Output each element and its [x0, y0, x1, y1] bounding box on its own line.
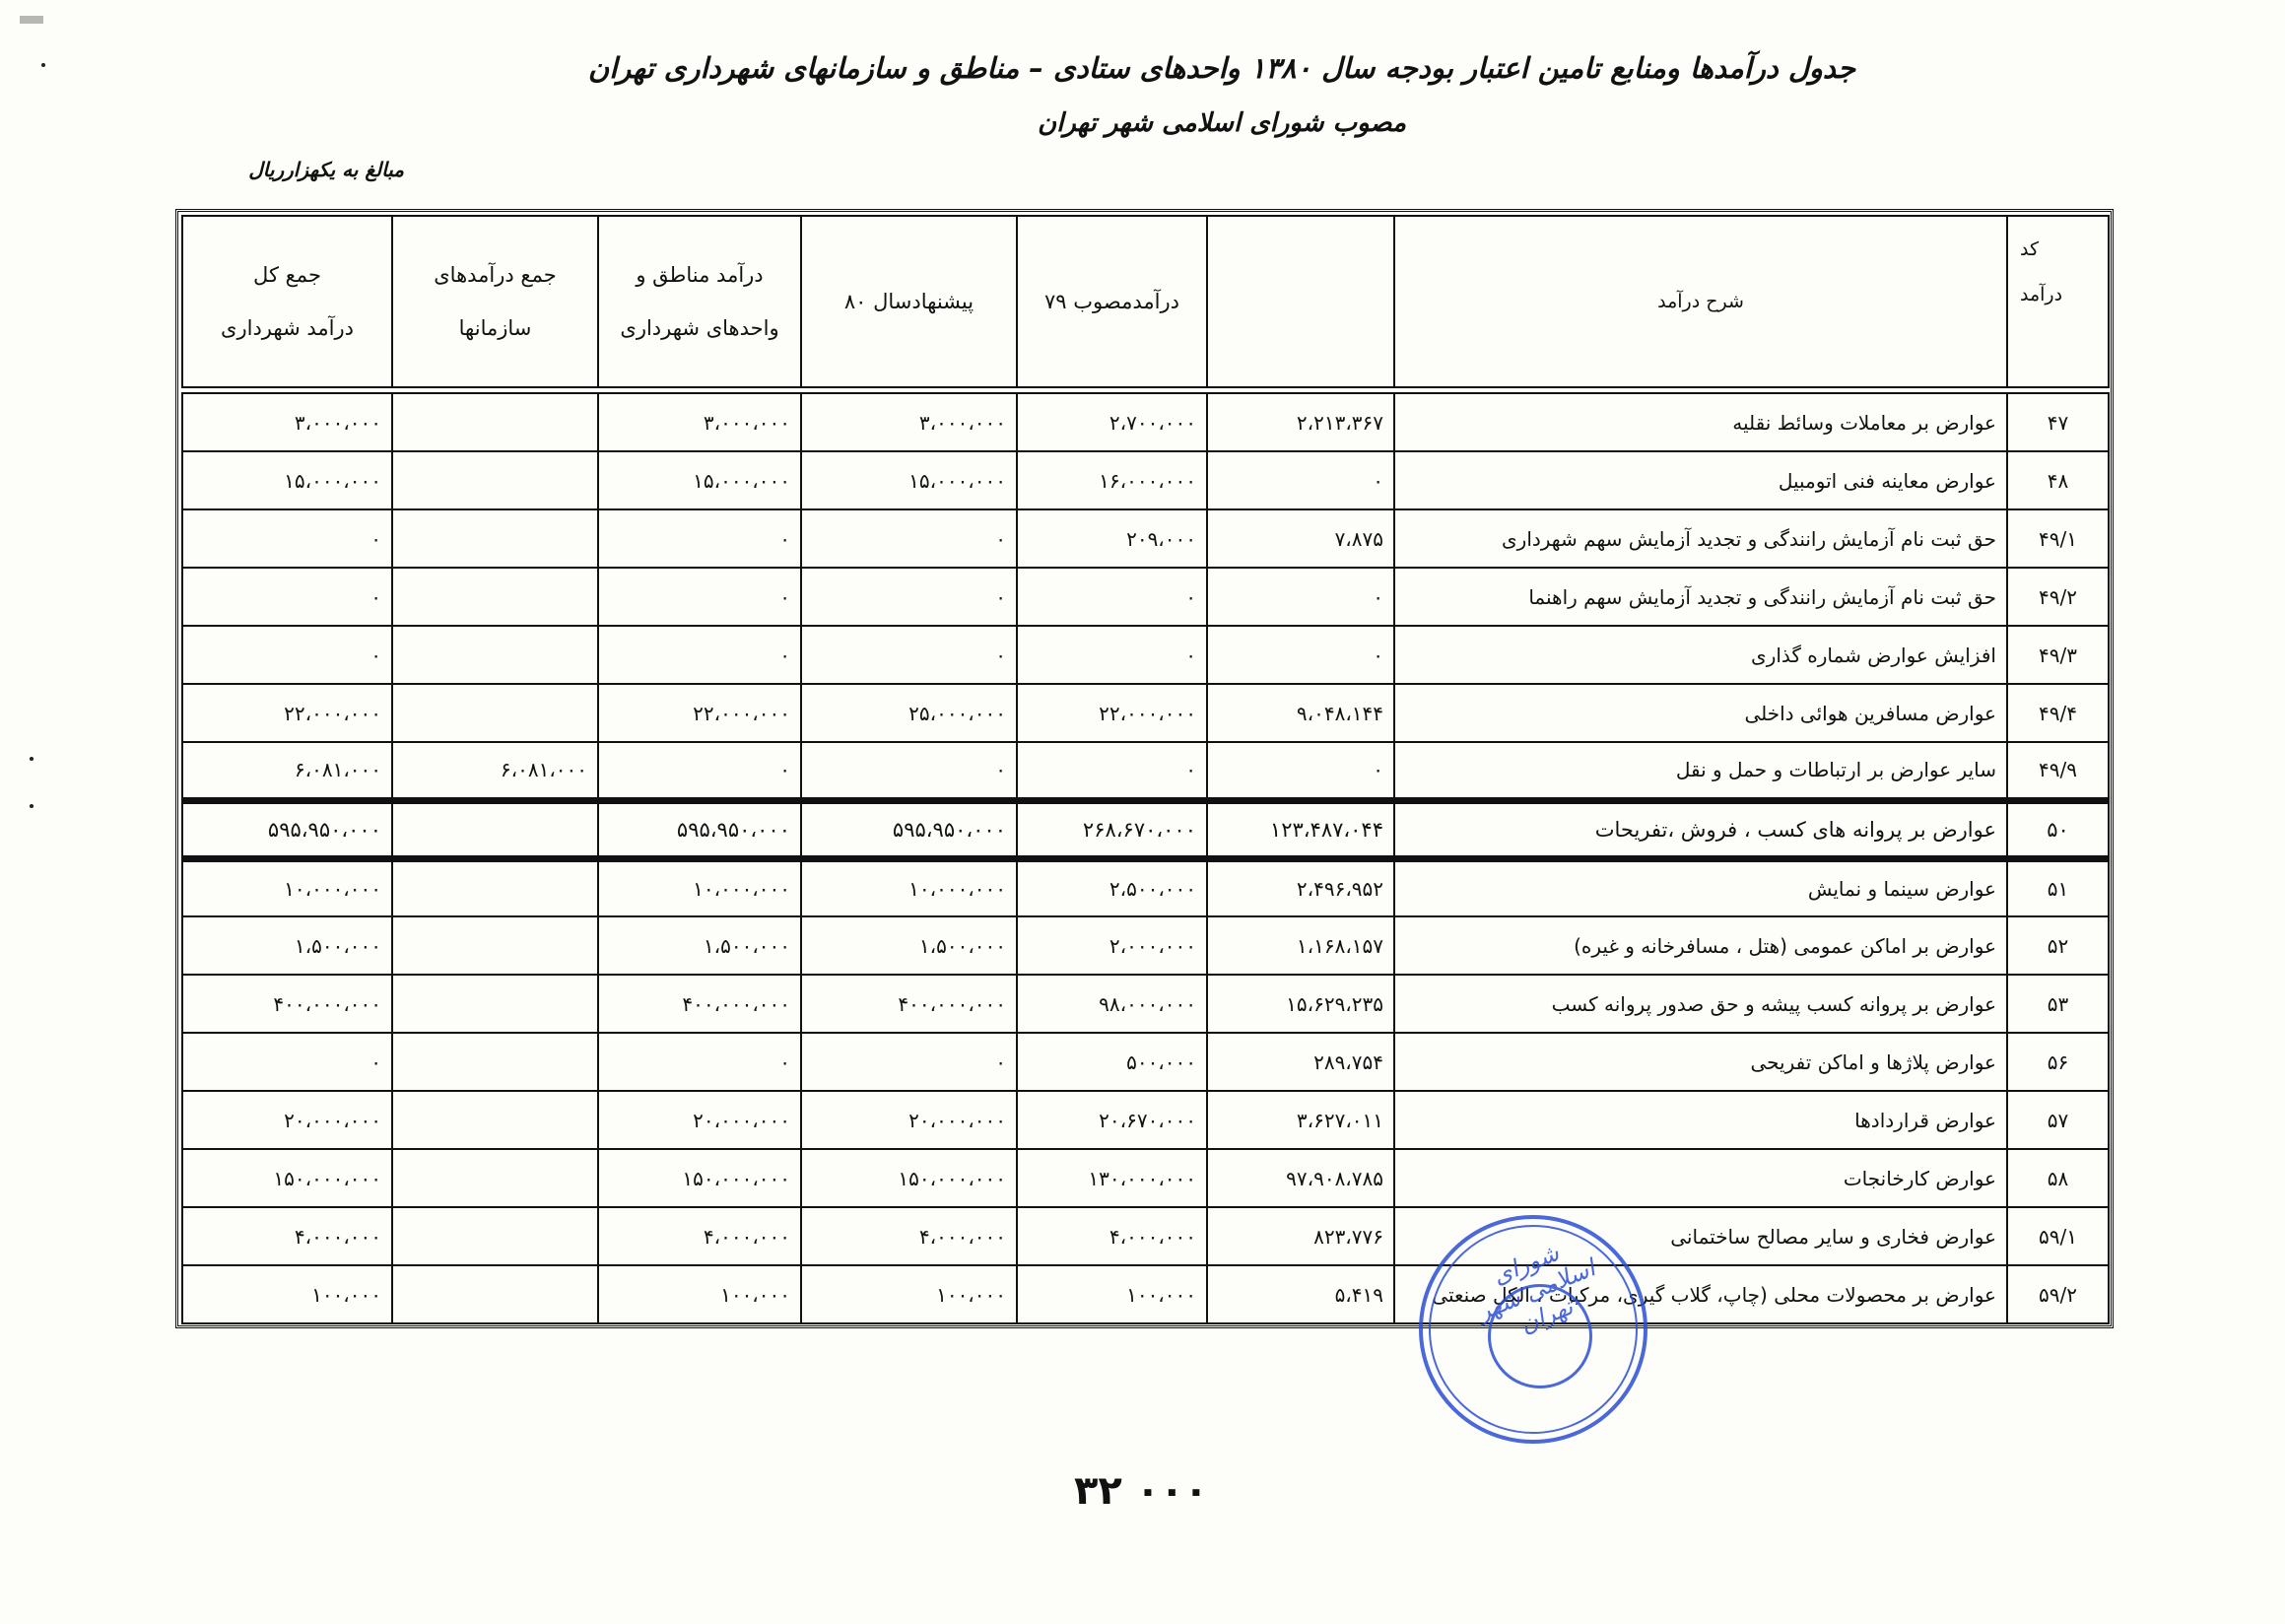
row-organizations	[392, 1033, 598, 1091]
row-actual-78: ۹۷،۹۰۸،۷۸۵	[1207, 1149, 1394, 1207]
row-approved-79: ۲۰،۶۷۰،۰۰۰	[1017, 1091, 1207, 1149]
row-organizations: ۶،۰۸۱،۰۰۰	[392, 742, 598, 800]
row-proposed-80: ۱،۵۰۰،۰۰۰	[801, 916, 1017, 975]
row-description: عوارض سینما و نمایش	[1394, 858, 2007, 916]
row-districts: ۰	[598, 568, 801, 626]
row-grand-total: ۵۹۵،۹۵۰،۰۰۰	[182, 800, 392, 858]
row-districts: ۱۵۰،۰۰۰،۰۰۰	[598, 1149, 801, 1207]
table-row: ۵۹/۱عوارض فخاری و سایر مصالح ساختمانی۸۲۳…	[182, 1207, 2109, 1265]
row-actual-78: ۵،۴۱۹	[1207, 1265, 1394, 1323]
row-description: سایر عوارض بر ارتباطات و حمل و نقل	[1394, 742, 2007, 800]
row-code: ۴۹/۹	[2007, 742, 2109, 800]
table-row: ۵۹/۲عوارض بر محصولات محلی (چاپ، گلاب گیر…	[182, 1265, 2109, 1323]
row-grand-total: ۱۵،۰۰۰،۰۰۰	[182, 451, 392, 509]
row-grand-total: ۴۰۰،۰۰۰،۰۰۰	[182, 975, 392, 1033]
row-districts: ۳،۰۰۰،۰۰۰	[598, 393, 801, 451]
row-description: عوارض پلاژها و اماکن تفریحی	[1394, 1033, 2007, 1091]
document-subtitle: مصوب شورای اسلامی شهر تهران	[236, 108, 2207, 138]
row-proposed-80: ۲۰،۰۰۰،۰۰۰	[801, 1091, 1017, 1149]
row-grand-total: ۰	[182, 626, 392, 684]
row-proposed-80: ۱۰۰،۰۰۰	[801, 1265, 1017, 1323]
row-code: ۴۹/۴	[2007, 684, 2109, 742]
row-approved-79: ۲۶۸،۶۷۰،۰۰۰	[1017, 800, 1207, 858]
row-districts: ۰	[598, 1033, 801, 1091]
row-districts: ۱۵،۰۰۰،۰۰۰	[598, 451, 801, 509]
row-code: ۴۸	[2007, 451, 2109, 509]
table-row: ۴۸عوارض معاینه فنی اتومبیل۰۱۶،۰۰۰،۰۰۰۱۵،…	[182, 451, 2109, 509]
scan-artifact	[30, 804, 34, 808]
row-organizations	[392, 916, 598, 975]
row-description: عوارض بر پروانه های کسب ، فروش ،تفریحات	[1394, 800, 2007, 858]
row-code: ۵۰	[2007, 800, 2109, 858]
table-row: ۵۸عوارض کارخانجات۹۷،۹۰۸،۷۸۵۱۳۰،۰۰۰،۰۰۰۱۵…	[182, 1149, 2109, 1207]
table-row: ۵۷عوارض قراردادها۳،۶۲۷،۰۱۱۲۰،۶۷۰،۰۰۰۲۰،۰…	[182, 1091, 2109, 1149]
table-row: ۴۷عوارض بر معاملات وسائط نقلیه۲،۲۱۳،۳۶۷۲…	[182, 393, 2109, 451]
table-row: ۴۹/۹سایر عوارض بر ارتباطات و حمل و نقل۰۰…	[182, 742, 2109, 800]
row-grand-total: ۱۵۰،۰۰۰،۰۰۰	[182, 1149, 392, 1207]
row-description: عوارض کارخانجات	[1394, 1149, 2007, 1207]
header-code-line1: کد	[2020, 227, 2096, 272]
header-code-line2: درآمد	[2020, 272, 2096, 317]
row-actual-78: ۱۲۳،۴۸۷،۰۴۴	[1207, 800, 1394, 858]
row-organizations	[392, 626, 598, 684]
row-districts: ۴،۰۰۰،۰۰۰	[598, 1207, 801, 1265]
row-actual-78: ۳،۶۲۷،۰۱۱	[1207, 1091, 1394, 1149]
row-grand-total: ۴،۰۰۰،۰۰۰	[182, 1207, 392, 1265]
row-grand-total: ۰	[182, 509, 392, 568]
row-proposed-80: ۵۹۵،۹۵۰،۰۰۰	[801, 800, 1017, 858]
row-organizations	[392, 1265, 598, 1323]
table-row: ۵۳عوارض بر پروانه کسب پیشه و حق صدور پرو…	[182, 975, 2109, 1033]
row-actual-78: ۷،۸۷۵	[1207, 509, 1394, 568]
row-grand-total: ۶،۰۸۱،۰۰۰	[182, 742, 392, 800]
row-organizations	[392, 1207, 598, 1265]
table-row: ۴۹/۴عوارض مسافرین هوائی داخلی۹،۰۴۸،۱۴۴۲۲…	[182, 684, 2109, 742]
row-code: ۴۷	[2007, 393, 2109, 451]
row-districts: ۱۰،۰۰۰،۰۰۰	[598, 858, 801, 916]
header-code: کد درآمد	[2007, 216, 2109, 387]
row-approved-79: ۰	[1017, 626, 1207, 684]
row-actual-78: ۲،۴۹۶،۹۵۲	[1207, 858, 1394, 916]
row-description: عوارض بر محصولات محلی (چاپ، گلاب گیری، م…	[1394, 1265, 2007, 1323]
row-code: ۵۳	[2007, 975, 2109, 1033]
row-proposed-80: ۰	[801, 568, 1017, 626]
row-description: عوارض قراردادها	[1394, 1091, 2007, 1149]
table-row: ۴۹/۳افزایش عوارض شماره گذاری۰۰۰۰۰	[182, 626, 2109, 684]
header-proposed-80: پیشنهادسال ۸۰	[801, 216, 1017, 387]
row-description: عوارض فخاری و سایر مصالح ساختمانی	[1394, 1207, 2007, 1265]
row-code: ۵۹/۱	[2007, 1207, 2109, 1265]
table-header-row: کد درآمد شرح درآمد درآمدمصوب ۷۹ پیشنهادس…	[182, 216, 2109, 387]
row-approved-79: ۲،۰۰۰،۰۰۰	[1017, 916, 1207, 975]
row-actual-78: ۱۵،۶۲۹،۲۳۵	[1207, 975, 1394, 1033]
header-districts: درآمد مناطق و واحدهای شهرداری	[598, 216, 801, 387]
row-proposed-80: ۰	[801, 626, 1017, 684]
row-proposed-80: ۲۵،۰۰۰،۰۰۰	[801, 684, 1017, 742]
scan-artifact	[41, 63, 45, 67]
row-actual-78: ۱،۱۶۸،۱۵۷	[1207, 916, 1394, 975]
row-districts: ۱۰۰،۰۰۰	[598, 1265, 801, 1323]
header-districts-line2: واحدهای شهرداری	[609, 302, 790, 355]
row-code: ۴۹/۱	[2007, 509, 2109, 568]
row-approved-79: ۱۳۰،۰۰۰،۰۰۰	[1017, 1149, 1207, 1207]
row-approved-79: ۹۸،۰۰۰،۰۰۰	[1017, 975, 1207, 1033]
row-approved-79: ۱۰۰،۰۰۰	[1017, 1265, 1207, 1323]
header-grand-total-line2: درآمد شهرداری	[193, 302, 381, 355]
row-code: ۵۷	[2007, 1091, 2109, 1149]
row-districts: ۰	[598, 509, 801, 568]
row-approved-79: ۲،۵۰۰،۰۰۰	[1017, 858, 1207, 916]
row-grand-total: ۳،۰۰۰،۰۰۰	[182, 393, 392, 451]
scan-artifact	[20, 16, 43, 24]
row-organizations	[392, 858, 598, 916]
row-approved-79: ۰	[1017, 742, 1207, 800]
row-grand-total: ۰	[182, 568, 392, 626]
row-grand-total: ۲۲،۰۰۰،۰۰۰	[182, 684, 392, 742]
row-grand-total: ۱،۵۰۰،۰۰۰	[182, 916, 392, 975]
table-row: ۵۲عوارض بر اماکن عمومی (هتل ، مسافرخانه …	[182, 916, 2109, 975]
header-approved-79: درآمدمصوب ۷۹	[1017, 216, 1207, 387]
row-grand-total: ۱۰،۰۰۰،۰۰۰	[182, 858, 392, 916]
row-approved-79: ۰	[1017, 568, 1207, 626]
row-actual-78: ۰	[1207, 742, 1394, 800]
row-approved-79: ۱۶،۰۰۰،۰۰۰	[1017, 451, 1207, 509]
row-description: عوارض بر پروانه کسب پیشه و حق صدور پروان…	[1394, 975, 2007, 1033]
header-description: شرح درآمد	[1394, 216, 2007, 387]
row-code: ۵۲	[2007, 916, 2109, 975]
row-approved-79: ۴،۰۰۰،۰۰۰	[1017, 1207, 1207, 1265]
row-description: عوارض مسافرین هوائی داخلی	[1394, 684, 2007, 742]
row-grand-total: ۰	[182, 1033, 392, 1091]
row-description: افزایش عوارض شماره گذاری	[1394, 626, 2007, 684]
table-row: ۴۹/۲حق ثبت نام آزمایش رانندگی و تجدید آز…	[182, 568, 2109, 626]
row-districts: ۱،۵۰۰،۰۰۰	[598, 916, 801, 975]
row-proposed-80: ۰	[801, 742, 1017, 800]
row-description: حق ثبت نام آزمایش رانندگی و تجدید آزمایش…	[1394, 509, 2007, 568]
row-actual-78: ۹،۰۴۸،۱۴۴	[1207, 684, 1394, 742]
row-proposed-80: ۱۵۰،۰۰۰،۰۰۰	[801, 1149, 1017, 1207]
header-organizations-line2: سازمانها	[403, 302, 587, 355]
row-proposed-80: ۴۰۰،۰۰۰،۰۰۰	[801, 975, 1017, 1033]
header-grand-total-line1: جمع کل	[193, 248, 381, 302]
table-row: ۴۹/۱حق ثبت نام آزمایش رانندگی و تجدید آز…	[182, 509, 2109, 568]
row-actual-78: ۰	[1207, 451, 1394, 509]
row-grand-total: ۱۰۰،۰۰۰	[182, 1265, 392, 1323]
row-organizations	[392, 451, 598, 509]
header-actual-78	[1207, 216, 1394, 387]
revenue-table-frame: کد درآمد شرح درآمد درآمدمصوب ۷۹ پیشنهادس…	[175, 209, 2114, 1328]
row-description: حق ثبت نام آزمایش رانندگی و تجدید آزمایش…	[1394, 568, 2007, 626]
row-proposed-80: ۱۵،۰۰۰،۰۰۰	[801, 451, 1017, 509]
table-row: ۵۱عوارض سینما و نمایش۲،۴۹۶،۹۵۲۲،۵۰۰،۰۰۰۱…	[182, 858, 2109, 916]
row-proposed-80: ۱۰،۰۰۰،۰۰۰	[801, 858, 1017, 916]
row-code: ۵۶	[2007, 1033, 2109, 1091]
row-description: عوارض معاینه فنی اتومبیل	[1394, 451, 2007, 509]
row-districts: ۲۰،۰۰۰،۰۰۰	[598, 1091, 801, 1149]
page-number: ۰۰۰ ۳۲	[1074, 1468, 1208, 1514]
row-organizations	[392, 800, 598, 858]
row-approved-79: ۲۰۹،۰۰۰	[1017, 509, 1207, 568]
row-description: عوارض بر اماکن عمومی (هتل ، مسافرخانه و …	[1394, 916, 2007, 975]
revenue-table: کد درآمد شرح درآمد درآمدمصوب ۷۹ پیشنهادس…	[181, 215, 2110, 1324]
header-organizations-line1: جمع درآمدهای	[403, 248, 587, 302]
row-actual-78: ۲،۲۱۳،۳۶۷	[1207, 393, 1394, 451]
row-districts: ۲۲،۰۰۰،۰۰۰	[598, 684, 801, 742]
unit-note: مبالغ به یکهزارریال	[197, 158, 404, 181]
row-approved-79: ۲،۷۰۰،۰۰۰	[1017, 393, 1207, 451]
row-description: عوارض بر معاملات وسائط نقلیه	[1394, 393, 2007, 451]
row-organizations	[392, 1091, 598, 1149]
row-actual-78: ۸۲۳،۷۷۶	[1207, 1207, 1394, 1265]
row-organizations	[392, 509, 598, 568]
row-districts: ۴۰۰،۰۰۰،۰۰۰	[598, 975, 801, 1033]
row-proposed-80: ۳،۰۰۰،۰۰۰	[801, 393, 1017, 451]
row-organizations	[392, 568, 598, 626]
row-grand-total: ۲۰،۰۰۰،۰۰۰	[182, 1091, 392, 1149]
row-approved-79: ۵۰۰،۰۰۰	[1017, 1033, 1207, 1091]
row-code: ۵۹/۲	[2007, 1265, 2109, 1323]
row-organizations	[392, 393, 598, 451]
row-proposed-80: ۰	[801, 1033, 1017, 1091]
row-districts: ۵۹۵،۹۵۰،۰۰۰	[598, 800, 801, 858]
row-districts: ۰	[598, 626, 801, 684]
row-actual-78: ۲۸۹،۷۵۴	[1207, 1033, 1394, 1091]
row-actual-78: ۰	[1207, 568, 1394, 626]
row-code: ۵۱	[2007, 858, 2109, 916]
table-row-subtotal: ۵۰عوارض بر پروانه های کسب ، فروش ،تفریحا…	[182, 800, 2109, 858]
header-grand-total: جمع کل درآمد شهرداری	[182, 216, 392, 387]
row-actual-78: ۰	[1207, 626, 1394, 684]
document-title: جدول درآمدها ومنابع تامین اعتبار بودجه س…	[236, 51, 2207, 85]
scan-artifact	[30, 757, 34, 761]
row-proposed-80: ۴،۰۰۰،۰۰۰	[801, 1207, 1017, 1265]
header-organizations: جمع درآمدهای سازمانها	[392, 216, 598, 387]
row-organizations	[392, 975, 598, 1033]
header-districts-line1: درآمد مناطق و	[609, 248, 790, 302]
row-organizations	[392, 1149, 598, 1207]
row-code: ۵۸	[2007, 1149, 2109, 1207]
table-row: ۵۶عوارض پلاژها و اماکن تفریحی۲۸۹،۷۵۴۵۰۰،…	[182, 1033, 2109, 1091]
row-code: ۴۹/۳	[2007, 626, 2109, 684]
row-organizations	[392, 684, 598, 742]
row-proposed-80: ۰	[801, 509, 1017, 568]
row-approved-79: ۲۲،۰۰۰،۰۰۰	[1017, 684, 1207, 742]
row-districts: ۰	[598, 742, 801, 800]
table-body: ۴۷عوارض بر معاملات وسائط نقلیه۲،۲۱۳،۳۶۷۲…	[182, 393, 2109, 1323]
row-code: ۴۹/۲	[2007, 568, 2109, 626]
